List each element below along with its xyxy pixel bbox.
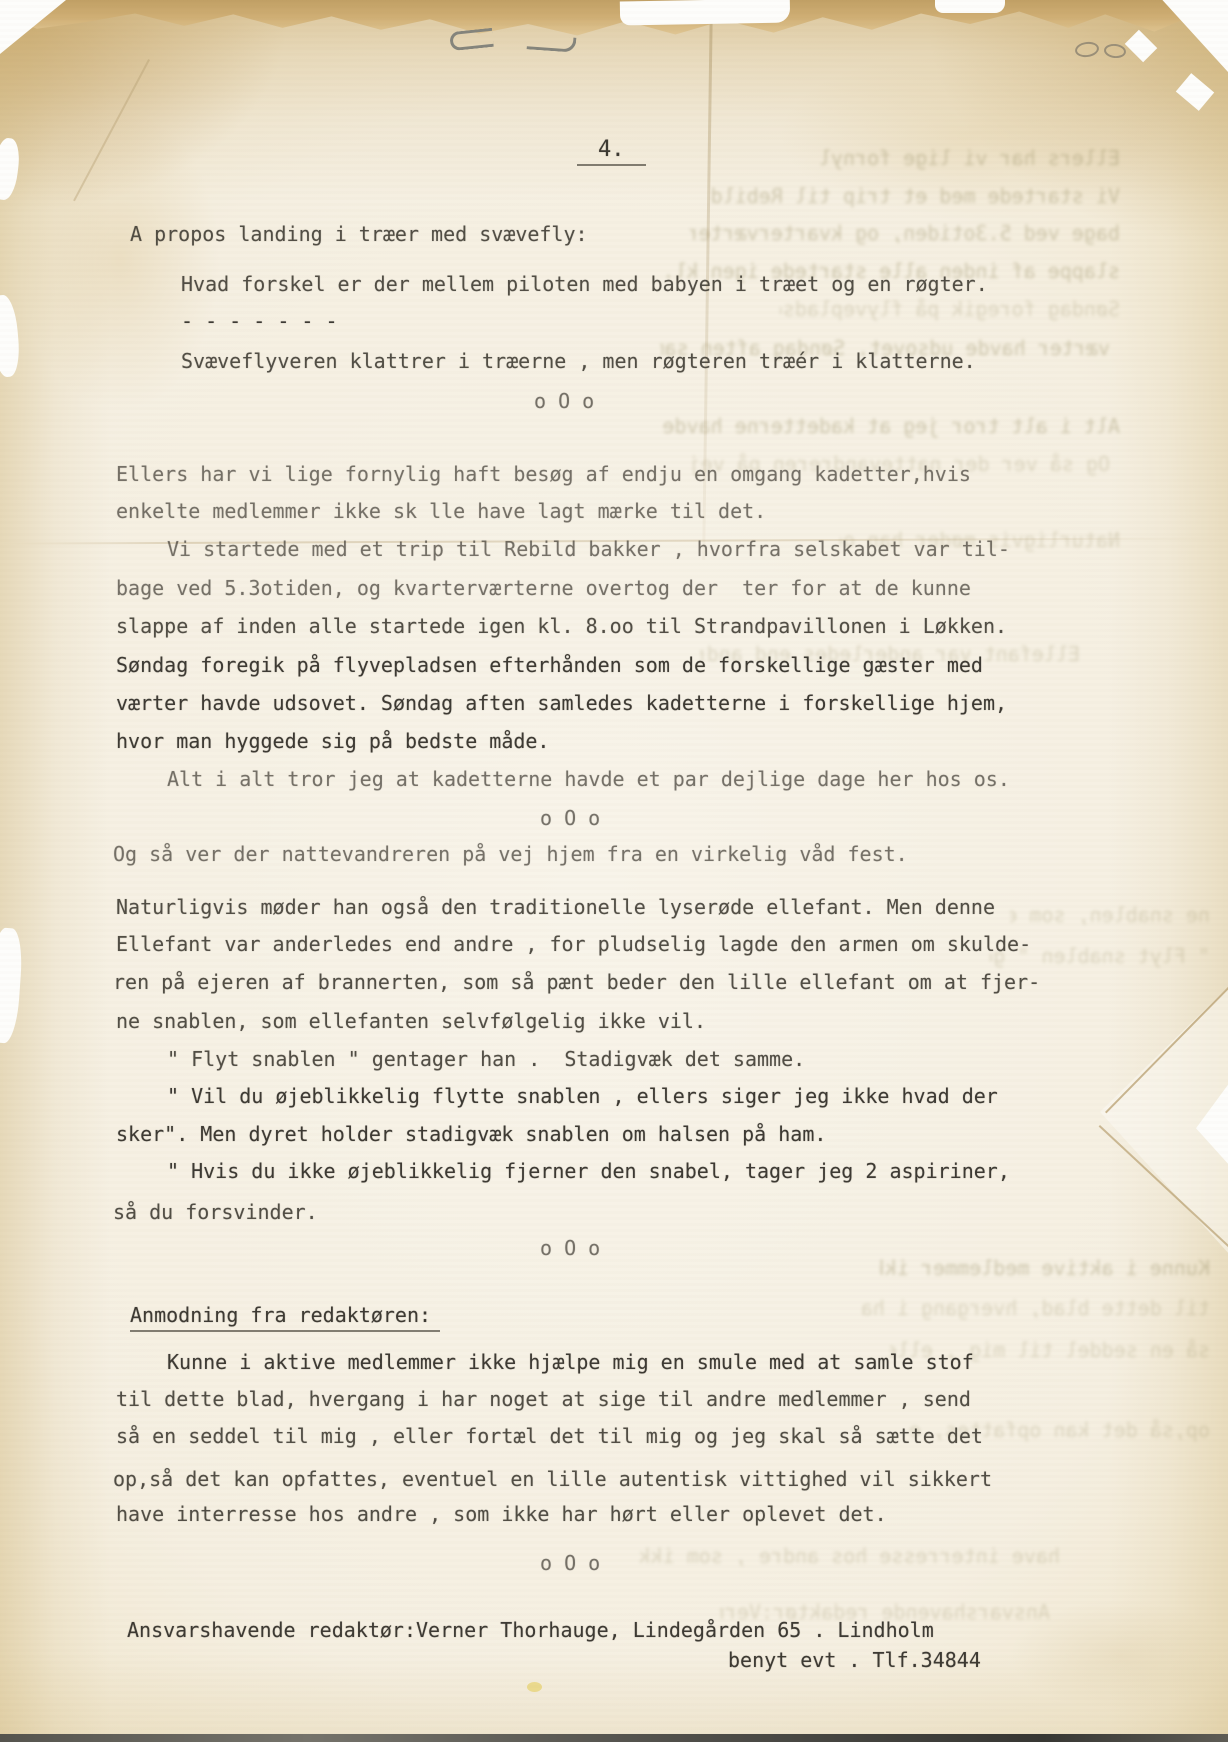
section-heading: Anmodning fra redaktøren: bbox=[130, 1303, 440, 1332]
typewritten-line: " Vil du øjeblikkelig flytte snablen , e… bbox=[167, 1084, 998, 1108]
typewritten-line: Søndag foregik på flyvepladsen efterhånd… bbox=[116, 653, 983, 677]
typewritten-line: have interresse hos andre , som ikke har… bbox=[116, 1502, 887, 1526]
tear-hole bbox=[935, 0, 1005, 13]
typewritten-line: Kunne i aktive medlemmer ikke hjælpe mig… bbox=[167, 1350, 974, 1374]
footer-phone-line: benyt evt . Tlf.34844 bbox=[728, 1648, 981, 1672]
typewritten-line: sker". Men dyret holder stadigvæk snable… bbox=[116, 1122, 826, 1146]
typewritten-line: bage ved 5.3otiden, og kvarterværterne o… bbox=[116, 576, 971, 600]
scan-bottom-edge bbox=[0, 1734, 1228, 1742]
typewritten-line: ne snablen, som ellefanten selvfølgelig … bbox=[116, 1009, 706, 1033]
typewritten-line: Og så ver der nattevandreren på vej hjem… bbox=[113, 842, 908, 866]
typewritten-line: så en seddel til mig , eller fortæl det … bbox=[116, 1424, 983, 1448]
typewritten-line: " Flyt snablen " gentager han . Stadigvæ… bbox=[167, 1047, 805, 1071]
typewritten-line: Ellefant var anderledes end andre , for … bbox=[116, 932, 1031, 956]
typewritten-line: Hvad forskel er der mellem piloten med b… bbox=[181, 272, 988, 296]
typewritten-line: hvor man hyggede sig på bedste måde. bbox=[116, 729, 549, 753]
section-separator: o O o bbox=[534, 389, 594, 413]
dash-separator: - - - - - - - bbox=[181, 309, 338, 333]
typewritten-line: så du forsvinder. bbox=[113, 1200, 318, 1224]
typewritten-line: Svæveflyveren klattrer i træerne , men r… bbox=[181, 349, 976, 373]
typewritten-line: enkelte medlemmer ikke sk lle have lagt … bbox=[116, 499, 766, 523]
typewritten-line: ren på ejeren af brannerten, som så pænt… bbox=[113, 970, 1040, 994]
typewritten-line: " Hvis du ikke øjeblikkelig fjerner den … bbox=[167, 1159, 1010, 1183]
page-number: 4. bbox=[577, 138, 646, 166]
scanned-document-page: Ellers har vi lige fornylig haft besøg a… bbox=[0, 0, 1228, 1742]
typewritten-line: til dette blad, hvergang i har noget at … bbox=[116, 1387, 971, 1411]
typewritten-line: slappe af inden alle startede igen kl. 8… bbox=[116, 614, 1007, 638]
typewritten-line: op,så det kan opfattes, eventuel en lill… bbox=[113, 1467, 992, 1491]
typewritten-line: A propos landing i træer med svævefly: bbox=[130, 222, 588, 246]
typewritten-line: Alt i alt tror jeg at kadetterne havde e… bbox=[167, 767, 1010, 791]
typewritten-line: Ellers har vi lige fornylig haft besøg a… bbox=[116, 462, 971, 486]
section-separator: o O o bbox=[540, 806, 600, 830]
section-separator: o O o bbox=[540, 1551, 600, 1575]
section-separator: o O o bbox=[540, 1236, 600, 1260]
typewritten-line: Naturligvis møder han også den tradition… bbox=[116, 895, 995, 919]
footer-editor-line: Ansvarshavende redaktør:Verner Thorhauge… bbox=[127, 1618, 934, 1642]
tear-hole bbox=[620, 0, 790, 25]
typewritten-line: værter havde udsovet. Søndag aften samle… bbox=[116, 691, 1007, 715]
typewritten-line: Vi startede med et trip til Rebild bakke… bbox=[167, 537, 1010, 561]
